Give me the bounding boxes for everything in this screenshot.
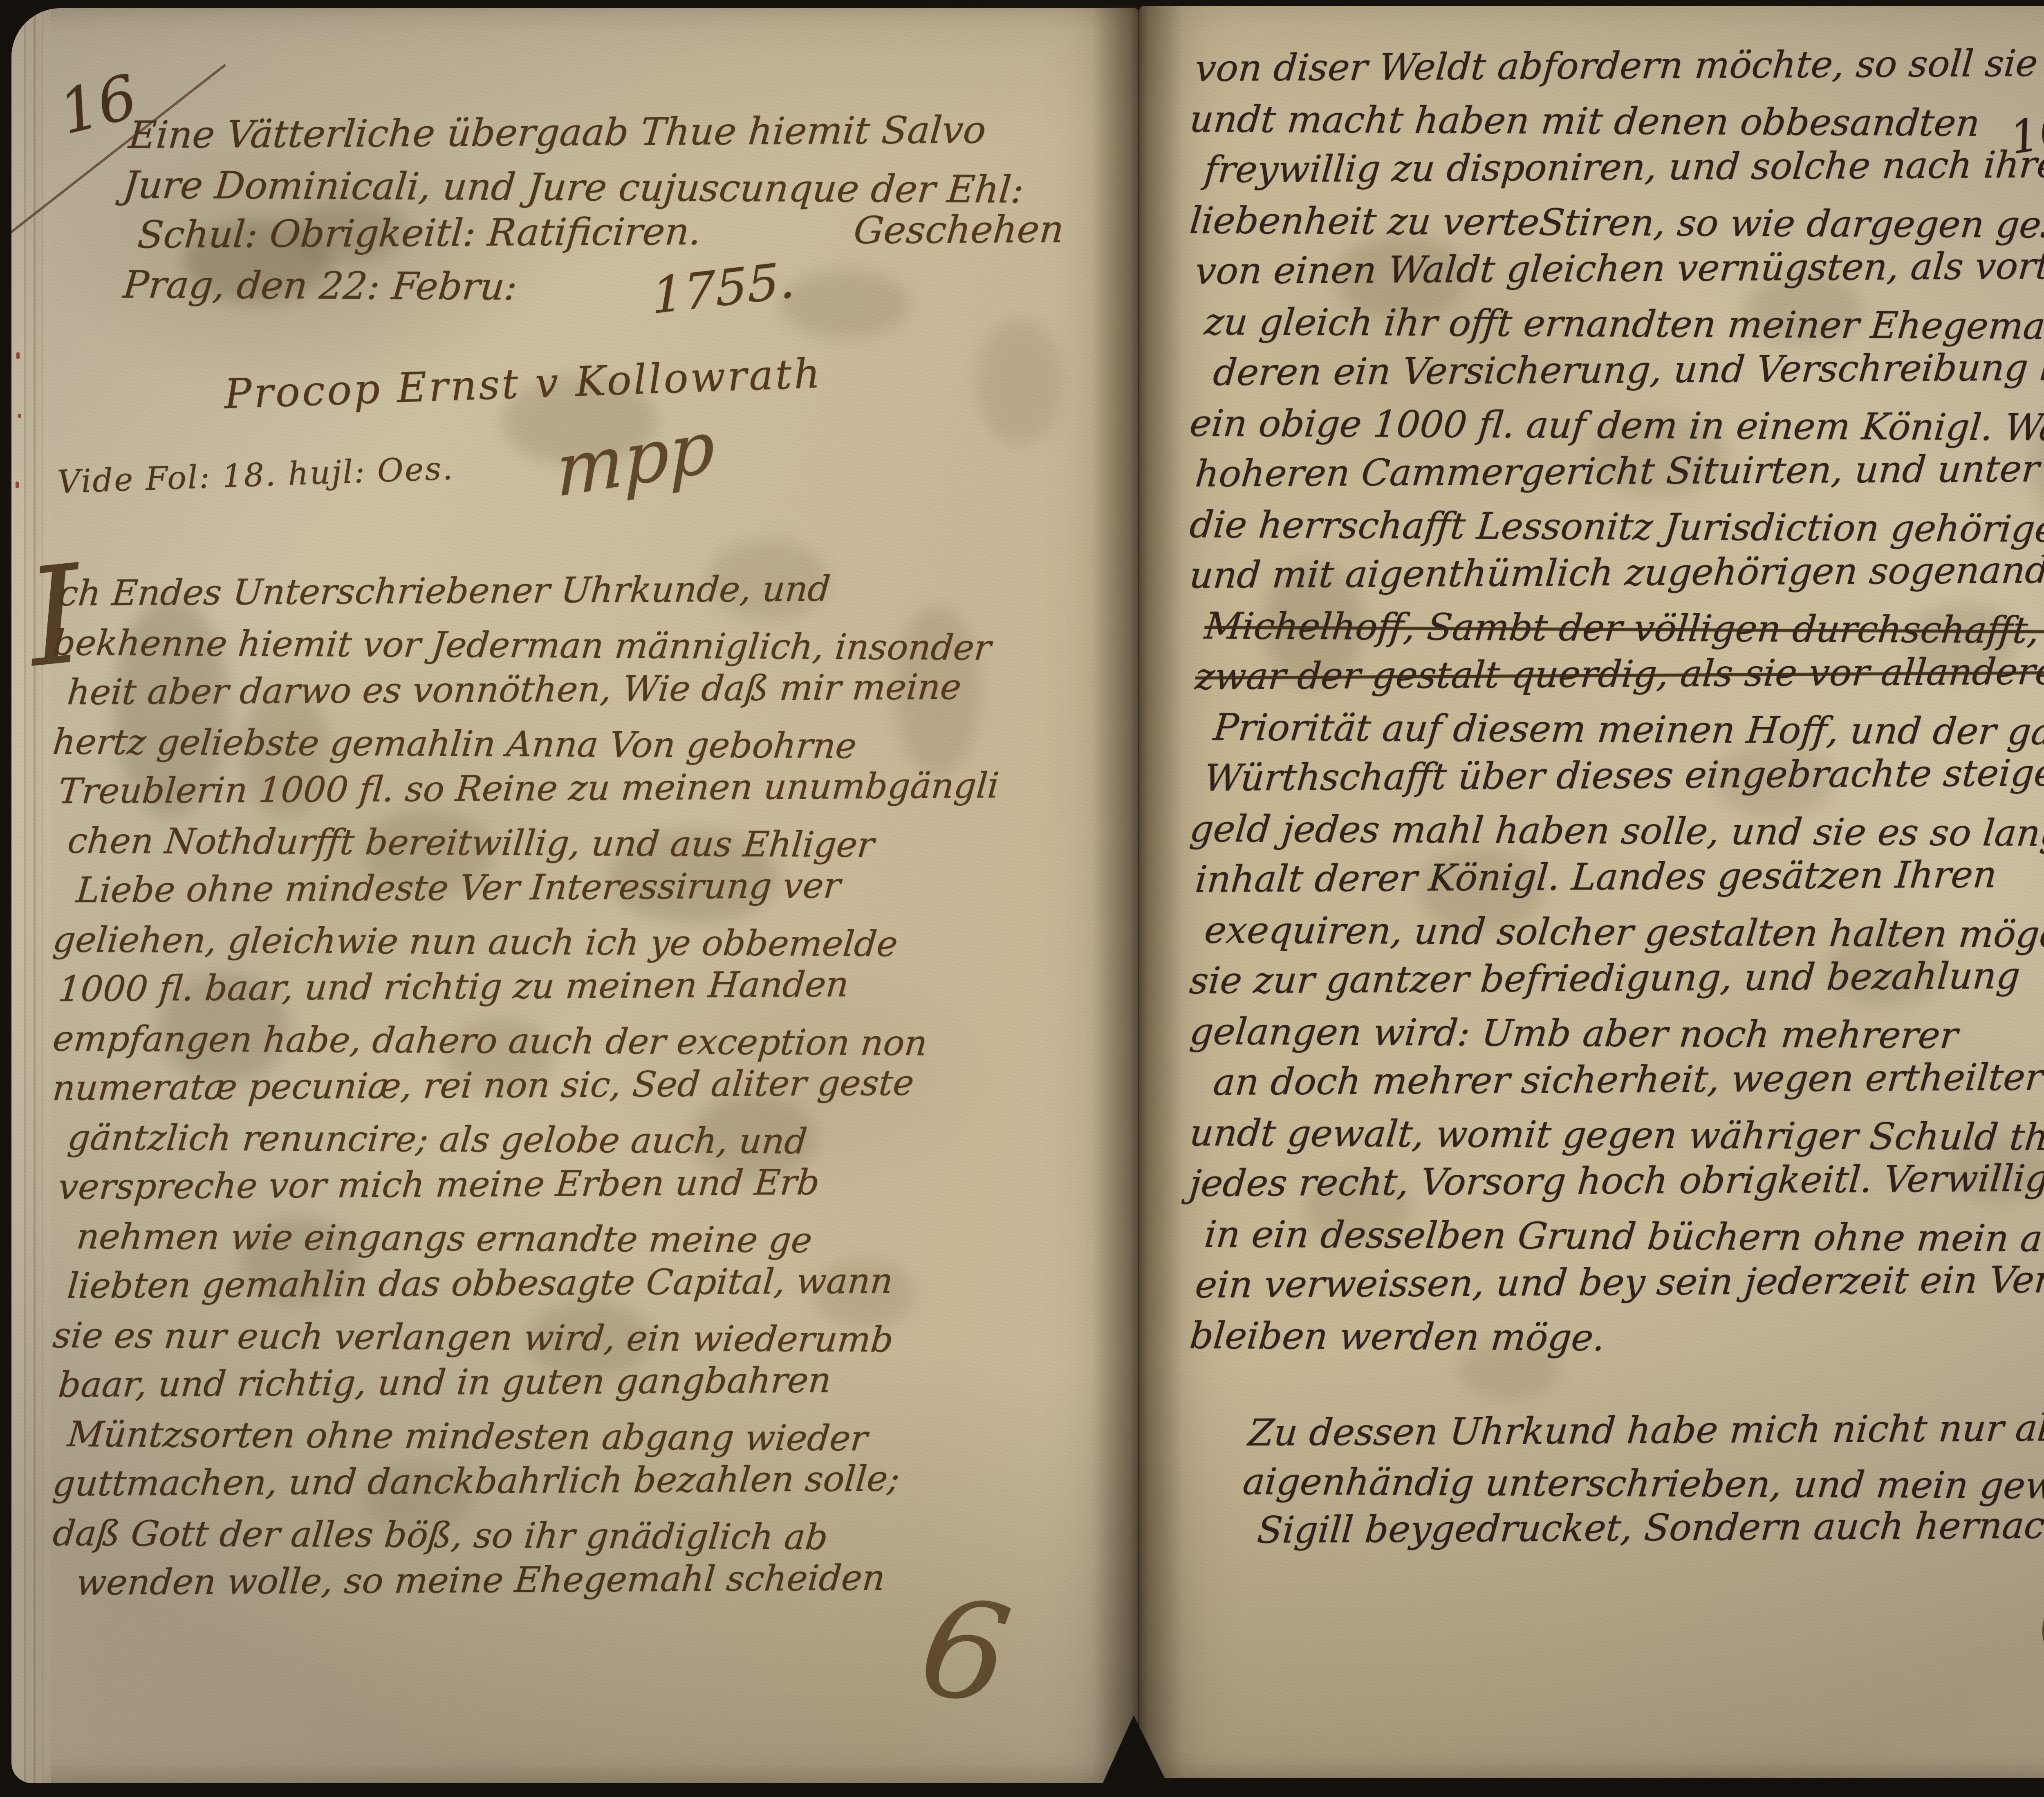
manuscript-text-line: jedes recht, Vorsorg hoch obrigkeitl. Ve… [1188,1152,2044,1209]
date-line: Prag, den 22: Febru: 1755. [121,260,1090,315]
header-line-right: Geschehen [852,204,1066,255]
header-line: Schul: Obrigkeitl: Ratificiren. Geschehe… [136,204,1090,260]
manuscript-text-line: zwar der gestalt querdig, als sie vor al… [1193,645,2044,702]
manuscript-text-line: numeratæ pecuniæ, rei non sic, Sed alite… [51,1057,1134,1113]
manuscript-text-line: deren ein Versicherung, und Verschreibun… [1211,341,2044,398]
manuscript-scan: 16 Eine Vätterliche übergaab Thue hiemit… [0,0,2044,1797]
manuscript-text-line: liebten gemahlin das obbesagte Capital, … [65,1255,1134,1311]
closing-text-line: Zu dessen Uhrkund habe mich nicht nur al… [1246,1403,2044,1457]
manuscript-text-line: und mit aigenthümlich zugehörigen sogena… [1188,544,2044,601]
header-line-left: Schul: Obrigkeitl: Ratificiren. [136,207,703,260]
manuscript-text-line: verspreche vor mich meine Erben und Erb [56,1156,1134,1212]
closing-paragraph: Zu dessen Uhrkund habe mich nicht nur al… [1241,1409,2044,1555]
header-block: Eine Vätterliche übergaab Thue hiemit Sa… [121,110,1086,310]
right-page: 17. 1000 fl: von diser Weldt abfordern m… [1139,6,2044,1778]
signature-paraph-flourish: mpp [556,404,715,513]
manuscript-text-line: freywillig zu disponiren, und solche nac… [1202,139,2044,195]
red-edge-mark [16,482,19,488]
manuscript-text-line: heit aber darwo es vonnöthen, Wie daß mi… [65,661,1134,717]
right-body-text: von diser Weldt abfordern möchte, so sol… [1188,43,2044,1361]
date-year: 1755. [651,255,796,321]
date-prefix: Prag, den 22: Febru: [121,260,519,312]
manuscript-text-line: hoheren Cammergericht Situirten, und unt… [1193,443,2044,500]
red-edge-mark [18,414,21,418]
manuscript-text-line: inhalt derer Königl. Landes gesätzen Ihr… [1193,848,2044,905]
left-body-text: ch Endes Unterschriebener Uhrkunde, undb… [51,569,1130,1608]
header-line: Eine Vätterliche übergaab Thue hiemit Sa… [127,105,1090,160]
red-edge-mark [16,352,20,359]
signature: Procop Ernst v Kollowrath [224,340,1104,418]
manuscript-text-line: sie zur gantzer befriedigung, und bezahl… [1188,950,2044,1006]
manuscript-text-line: baar, und richtig, und in guten gangbahr… [56,1354,1134,1410]
manuscript-text-line: 1000 fl. baar, und richtig zu meinen Han… [56,958,1134,1014]
manuscript-text-line: Würthschafft über dieses eingebrachte st… [1202,747,2044,804]
manuscript-text-line: ein verweissen, und bey sein jederzeit e… [1193,1254,2044,1311]
manuscript-text-line: bleiben werden möge. [1188,1311,2044,1367]
left-page: 16 Eine Vätterliche übergaab Thue hiemit… [11,8,1139,1783]
manuscript-text-line: von einen Waldt gleichen vernügsten, als… [1193,240,2044,297]
manuscript-text-line: ch Endes Unterschriebener Uhrkunde, und [56,562,1134,618]
closing-text-line: Sigill beygedrucket, Sondern auch hernac… [1255,1500,2044,1555]
manuscript-text-line: von diser Weldt abfordern möchte, so sol… [1193,37,2044,94]
manuscript-text-line: Treublerin 1000 fl. so Reine zu meinen u… [56,760,1134,816]
manuscript-text-line: Liebe ohne mindeste Ver Interessirung ve… [74,859,1134,915]
reference-note: Vide Fol: 18. hujl: Oes. [57,450,455,501]
manuscript-text-line: an doch mehrer sicherheit, wegen ertheil… [1211,1051,2044,1108]
manuscript-text-line: guttmachen, und danckbahrlich bezahlen s… [51,1453,1134,1509]
